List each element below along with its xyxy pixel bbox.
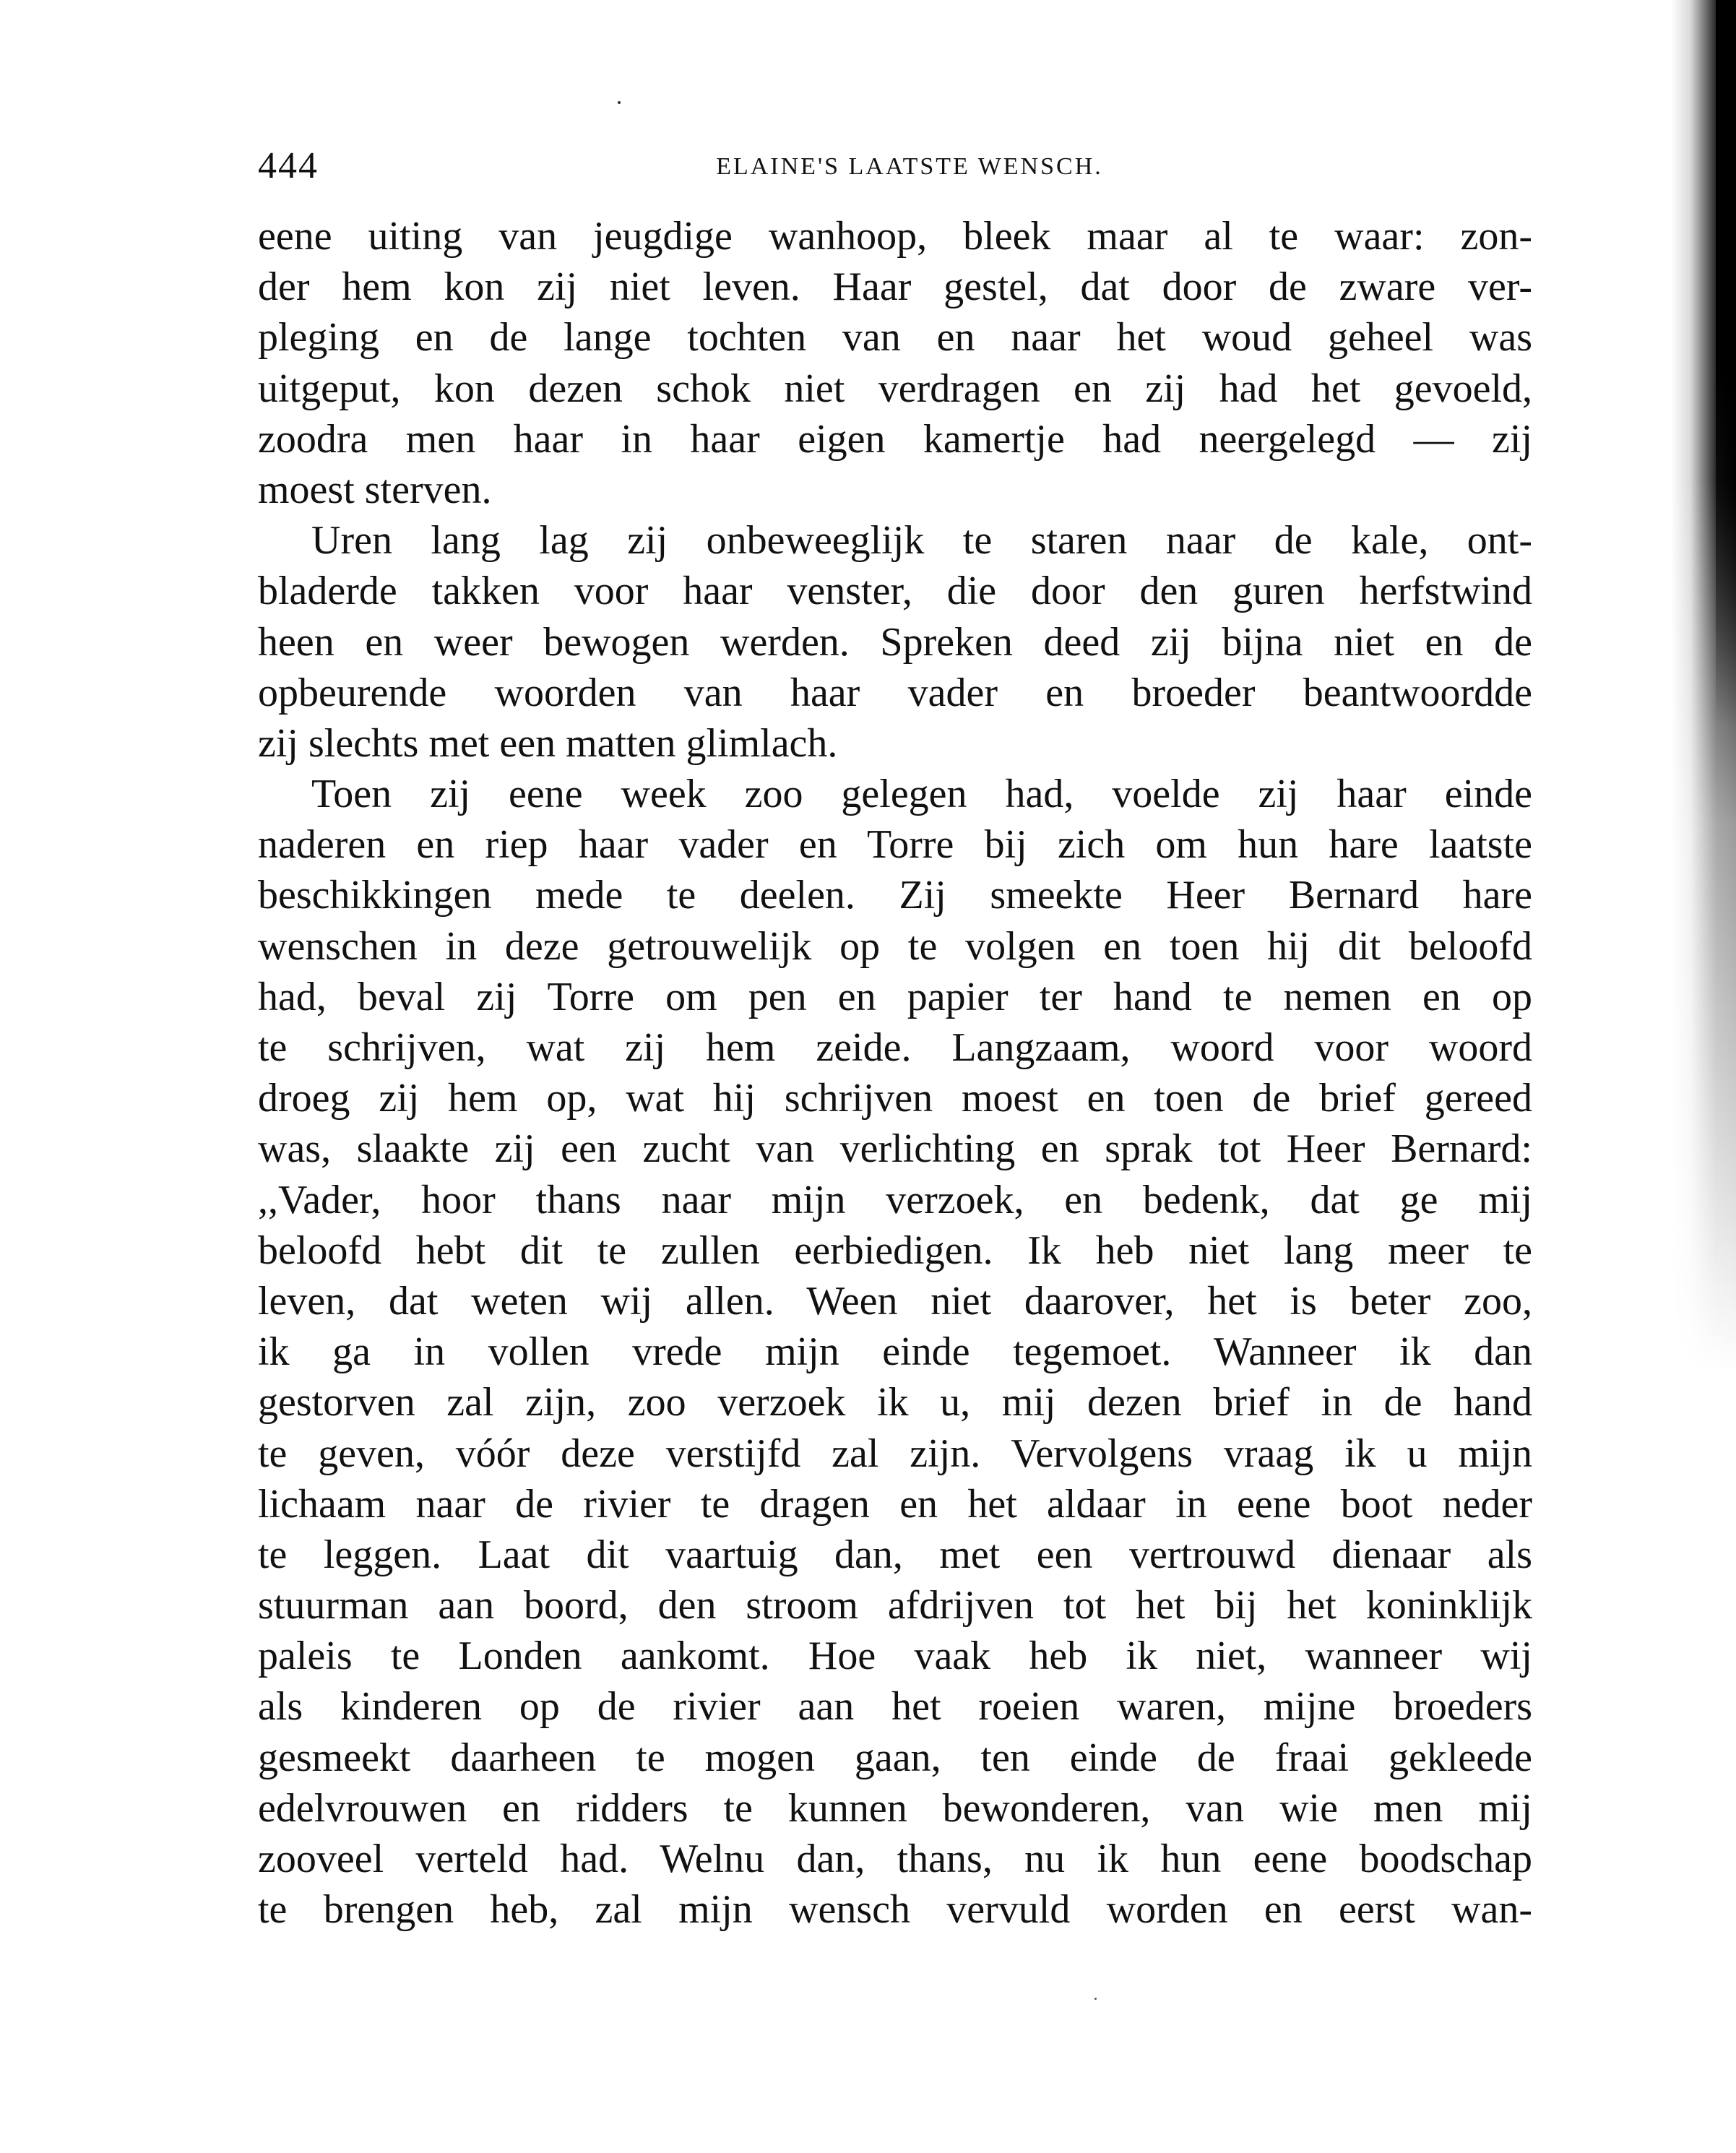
text-line: te schrijven, wat zij hem zeide. Langzaa… <box>258 1022 1532 1073</box>
text-line: gesmeekt daarheen te mogen gaan, ten ein… <box>258 1733 1532 1783</box>
text-line: Uren lang lag zij onbeweeglijk te staren… <box>258 515 1532 566</box>
text-line: droeg zij hem op, wat hij schrijven moes… <box>258 1073 1532 1123</box>
text-line: te geven, vóór deze verstijfd zal zijn. … <box>258 1428 1532 1479</box>
text-line: ,,Vader, hoor thans naar mijn verzoek, e… <box>258 1175 1532 1225</box>
text-line: had, beval zij Torre om pen en papier te… <box>258 972 1532 1022</box>
scan-speck-bottom <box>1094 1998 1097 2000</box>
text-line: te brengen heb, zal mijn wensch vervuld … <box>258 1884 1532 1935</box>
text-line: paleis te Londen aankomt. Hoe vaak heb i… <box>258 1631 1532 1681</box>
text-line: zij slechts met een matten glimlach. <box>258 718 1532 769</box>
page-header: 444 ELAINE'S LAATSTE WENSCH. <box>258 141 1532 191</box>
scan-speck-top <box>618 101 621 104</box>
text-line: was, slaakte zij een zucht van verlichti… <box>258 1123 1532 1174</box>
text-line: der hem kon zij niet leven. Haar gestel,… <box>258 262 1532 312</box>
text-line: naderen en riep haar vader en Torre bij … <box>258 819 1532 870</box>
text-line: moest sterven. <box>258 465 1532 515</box>
text-line: te leggen. Laat dit vaartuig dan, met ee… <box>258 1529 1532 1580</box>
body-text: eene uiting van jeugdige wanhoop, bleek … <box>258 211 1532 1935</box>
text-line: opbeurende woorden van haar vader en bro… <box>258 668 1532 718</box>
text-line: zooveel verteld had. Welnu dan, thans, n… <box>258 1834 1532 1884</box>
text-line: Toen zij eene week zoo gelegen had, voel… <box>258 769 1532 819</box>
text-line: edelvrouwen en ridders te kunnen bewonde… <box>258 1783 1532 1834</box>
book-page: 444 ELAINE'S LAATSTE WENSCH. eene uiting… <box>0 0 1736 2153</box>
text-line: gestorven zal zijn, zoo verzoek ik u, mi… <box>258 1377 1532 1428</box>
text-line: wenschen in deze getrouwelijk op te volg… <box>258 921 1532 972</box>
text-line: heen en weer bewogen werden. Spreken dee… <box>258 617 1532 668</box>
page-edge-core <box>1716 0 1736 722</box>
text-line: beschikkingen mede te deelen. Zij smeekt… <box>258 870 1532 920</box>
running-title: ELAINE'S LAATSTE WENSCH. <box>258 145 1532 189</box>
text-line: bladerde takken voor haar venster, die d… <box>258 566 1532 616</box>
text-line: ik ga in vollen vrede mijn einde tegemoe… <box>258 1326 1532 1377</box>
text-line: lichaam naar de rivier te dragen en het … <box>258 1479 1532 1529</box>
text-line: zoodra men haar in haar eigen kamertje h… <box>258 414 1532 465</box>
text-line: beloofd hebt dit te zullen eerbiedigen. … <box>258 1225 1532 1276</box>
text-line: eene uiting van jeugdige wanhoop, bleek … <box>258 211 1532 262</box>
text-line: stuurman aan boord, den stroom afdrijven… <box>258 1580 1532 1631</box>
text-line: uitgeput, kon dezen schok niet verdragen… <box>258 363 1532 414</box>
text-line: pleging en de lange tochten van en naar … <box>258 312 1532 363</box>
text-line: leven, dat weten wij allen. Ween niet da… <box>258 1276 1532 1326</box>
text-line: als kinderen op de rivier aan het roeien… <box>258 1681 1532 1732</box>
